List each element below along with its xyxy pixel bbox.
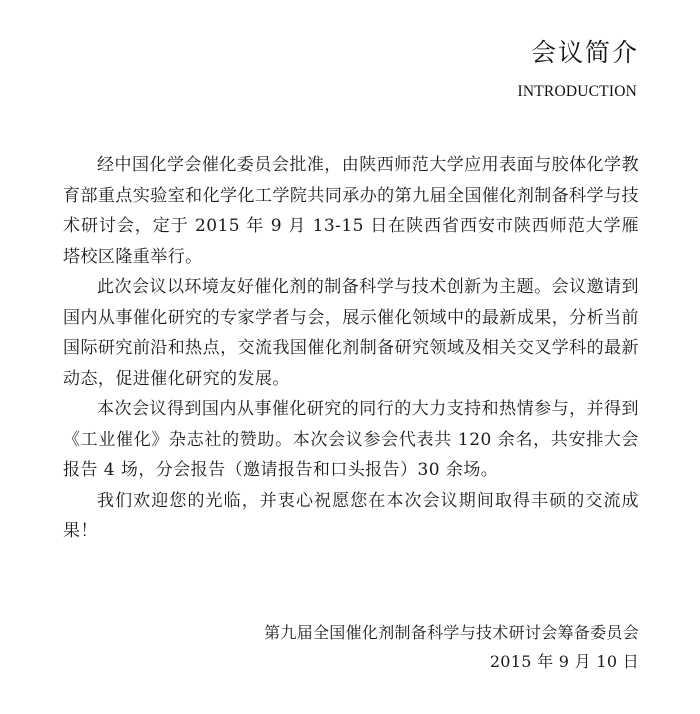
- page-subtitle: INTRODUCTION: [518, 82, 638, 102]
- signature-date: 2015 年 9 月 10 日: [264, 647, 639, 676]
- paragraph-approval: 经中国化学会催化委员会批准，由陕西师范大学应用表面与胶体化学教育部重点实验室和化…: [63, 150, 639, 272]
- paragraph-theme: 此次会议以环境友好催化剂的制备科学与技术创新为主题。会议邀请到国内从事催化研究的…: [63, 272, 639, 394]
- introduction-body: 经中国化学会催化委员会批准，由陕西师范大学应用表面与胶体化学教育部重点实验室和化…: [63, 150, 639, 547]
- paragraph-support: 本次会议得到国内从事催化研究的同行的大力支持和热情参与，并得到《工业催化》杂志社…: [63, 394, 639, 486]
- page-title: 会议简介: [531, 38, 639, 68]
- signature-block: 第九届全国催化剂制备科学与技术研讨会筹备委员会 2015 年 9 月 10 日: [264, 618, 639, 676]
- paragraph-welcome: 我们欢迎您的光临，并衷心祝愿您在本次会议期间取得丰硕的交流成果！: [63, 486, 639, 547]
- signature-organizer: 第九届全国催化剂制备科学与技术研讨会筹备委员会: [264, 618, 639, 647]
